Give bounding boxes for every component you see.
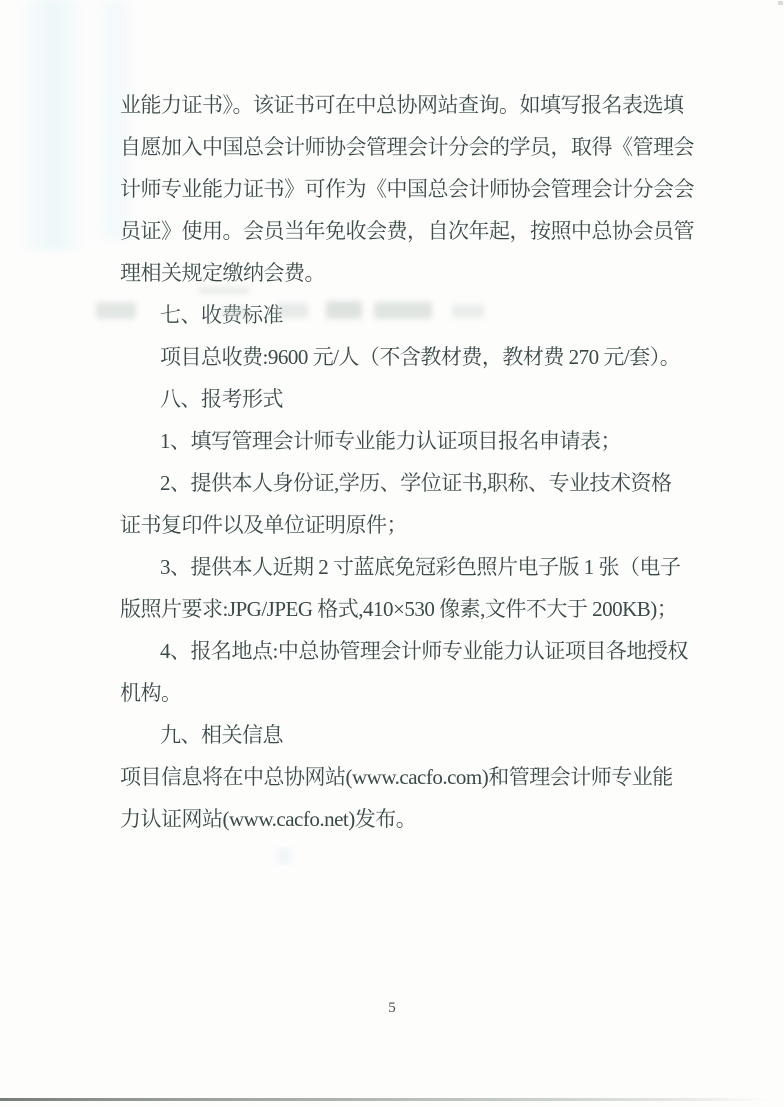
heading-related-info: 九、相关信息 xyxy=(120,714,670,756)
list-item-2-cont: 证书复印件以及单位证明原件； xyxy=(120,504,670,546)
scan-edge-tint xyxy=(18,0,88,250)
text-line-websites-cont: 力认证网站(www.cacfo.net)发布。 xyxy=(120,798,670,840)
list-item-3-cont: 版照片要求:JPG/JPEG 格式,410×530 像素,文件不大于 200KB… xyxy=(120,588,670,630)
scan-bottom-edge-line xyxy=(0,1098,784,1101)
text-line: 自愿加入中国总会计师协会管理会计分会的学员，取得《管理会 xyxy=(120,126,670,168)
text-line: 理相关规定缴纳会费。 xyxy=(120,252,670,294)
text-line: 员证》使用。会员当年免收会费，自次年起，按照中总协会员管 xyxy=(120,210,670,252)
heading-application-form: 八、报考形式 xyxy=(120,378,670,420)
document-body: 业能力证书》。该证书可在中总协网站查询。如填写报名表选填 自愿加入中国总会计师协… xyxy=(120,84,670,840)
list-item-4-cont: 机构。 xyxy=(120,672,670,714)
text-line-fee-amount: 项目总收费:9600 元/人（不含教材费，教材费 270 元/套）。 xyxy=(120,336,670,378)
scan-corner-speck xyxy=(778,1,783,5)
list-item-3: 3、提供本人近期 2 寸蓝底免冠彩色照片电子版 1 张（电子 xyxy=(120,546,670,588)
list-item-1: 1、填写管理会计师专业能力认证项目报名申请表； xyxy=(120,420,670,462)
heading-fee-standard: 七、收费标准 xyxy=(120,294,670,336)
text-line: 计师专业能力证书》可作为《中国总会计师协会管理会计分会会 xyxy=(120,168,670,210)
scanned-document-page: 业能力证书》。该证书可在中总协网站查询。如填写报名表选填 自愿加入中国总会计师协… xyxy=(0,0,784,1107)
list-item-4: 4、报名地点:中总协管理会计师专业能力认证项目各地授权 xyxy=(120,630,670,672)
text-line-websites: 项目信息将在中总协网站(www.cacfo.com)和管理会计师专业能 xyxy=(120,756,670,798)
page-number: 5 xyxy=(0,1000,784,1017)
list-item-2: 2、提供本人身份证,学历、学位证书,职称、专业技术资格 xyxy=(120,462,670,504)
bleedthrough-artifact xyxy=(276,848,292,864)
text-line: 业能力证书》。该证书可在中总协网站查询。如填写报名表选填 xyxy=(120,84,670,126)
